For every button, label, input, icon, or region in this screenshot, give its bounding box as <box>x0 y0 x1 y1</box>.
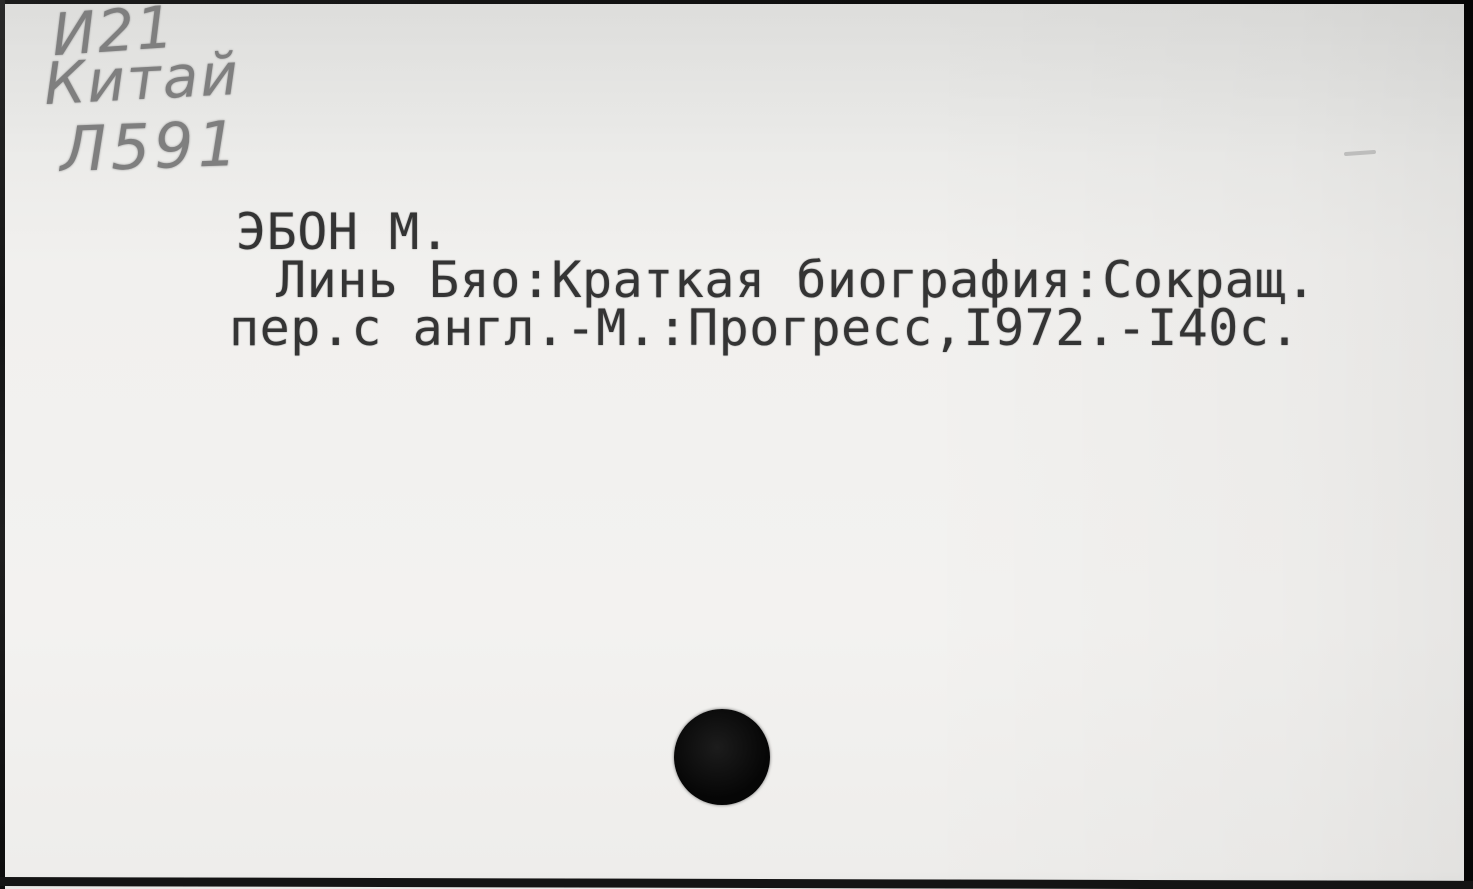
scan-edge-left <box>0 0 5 889</box>
handwritten-classmark-line3: Л591 <box>59 113 242 181</box>
pencil-dash-mark <box>1344 150 1376 156</box>
handwritten-classmark-line2: Китай <box>43 45 242 113</box>
typed-title-line: Линь Бяо:Краткая биография:Сокращ. <box>276 255 1317 305</box>
scan-edge-right <box>1464 0 1473 889</box>
punch-hole <box>674 709 770 805</box>
catalog-card-scan: И21 Китай Л591 ЭБОН М. Линь Бяо:Краткая … <box>0 0 1473 889</box>
typed-author-heading: ЭБОН М. <box>236 207 450 257</box>
card-bottom-rule <box>0 877 1473 889</box>
typed-imprint-line: пер.с англ.-М.:Прогресс,I972.-I40с. <box>229 303 1300 353</box>
scan-edge-top <box>0 0 1473 4</box>
